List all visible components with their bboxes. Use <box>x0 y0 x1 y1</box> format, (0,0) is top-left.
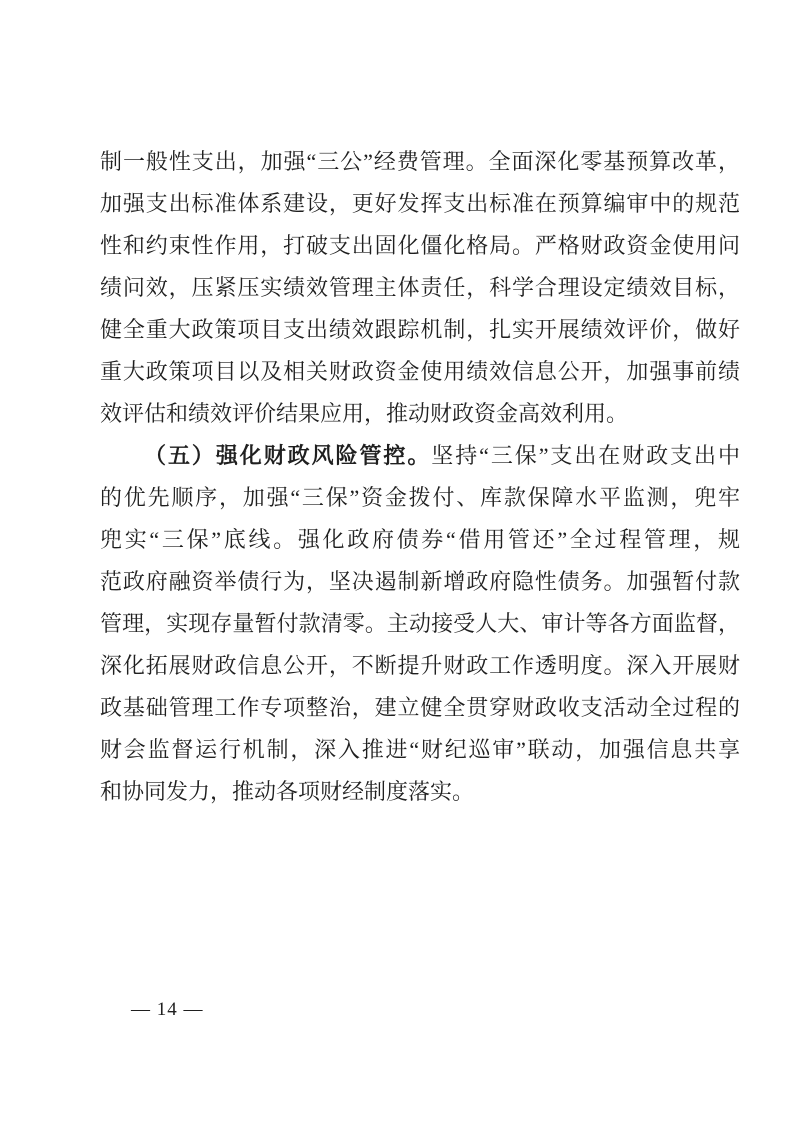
document-body: 制一般性支出，加强“三公”经费管理。全面深化零基预算改革， 加强支出标准体系建设… <box>100 141 740 813</box>
page-number: — 14 — <box>131 995 204 1025</box>
section-heading: （五）强化财政风险管控。 <box>144 443 431 468</box>
paragraph-line: 财会监督运行机制，深入推进“财纪巡审”联动，加强信息共享 <box>100 729 740 771</box>
paragraph-2: （五）强化财政风险管控。坚持“三保”支出在财政支出中 的优先顺序，加强“三保”资… <box>100 435 740 813</box>
paragraph-line: 重大政策项目以及相关财政资金使用绩效信息公开，加强事前绩 <box>100 351 740 393</box>
section-heading-continuation: 坚持“三保”支出在财政支出中 <box>431 443 740 468</box>
paragraph-line: 和协同发力，推动各项财经制度落实。 <box>100 771 740 813</box>
paragraph-line: 兜实“三保”底线。强化政府债券“借用管还”全过程管理，规 <box>100 519 740 561</box>
paragraph-line: 健全重大政策项目支出绩效跟踪机制，扎实开展绩效评价，做好 <box>100 309 740 351</box>
paragraph-line: 深化拓展财政信息公开，不断提升财政工作透明度。深入开展财 <box>100 645 740 687</box>
paragraph-line: 效评估和绩效评价结果应用，推动财政资金高效利用。 <box>100 393 740 435</box>
paragraph-line: 加强支出标准体系建设，更好发挥支出标准在预算编审中的规范 <box>100 183 740 225</box>
paragraph-line: 性和约束性作用，打破支出固化僵化格局。严格财政资金使用问 <box>100 225 740 267</box>
paragraph-line: 范政府融资举债行为，坚决遏制新增政府隐性债务。加强暂付款 <box>100 561 740 603</box>
document-page: 制一般性支出，加强“三公”经费管理。全面深化零基预算改革， 加强支出标准体系建设… <box>0 0 792 1121</box>
paragraph-line: （五）强化财政风险管控。坚持“三保”支出在财政支出中 <box>100 435 740 477</box>
paragraph-line: 的优先顺序，加强“三保”资金拨付、库款保障水平监测，兜牢 <box>100 477 740 519</box>
paragraph-1: 制一般性支出，加强“三公”经费管理。全面深化零基预算改革， 加强支出标准体系建设… <box>100 141 740 435</box>
paragraph-line: 政基础管理工作专项整治，建立健全贯穿财政收支活动全过程的 <box>100 687 740 729</box>
paragraph-line: 管理，实现存量暂付款清零。主动接受人大、审计等各方面监督， <box>100 603 740 645</box>
paragraph-line: 绩问效，压紧压实绩效管理主体责任，科学合理设定绩效目标， <box>100 267 740 309</box>
paragraph-line: 制一般性支出，加强“三公”经费管理。全面深化零基预算改革， <box>100 141 740 183</box>
